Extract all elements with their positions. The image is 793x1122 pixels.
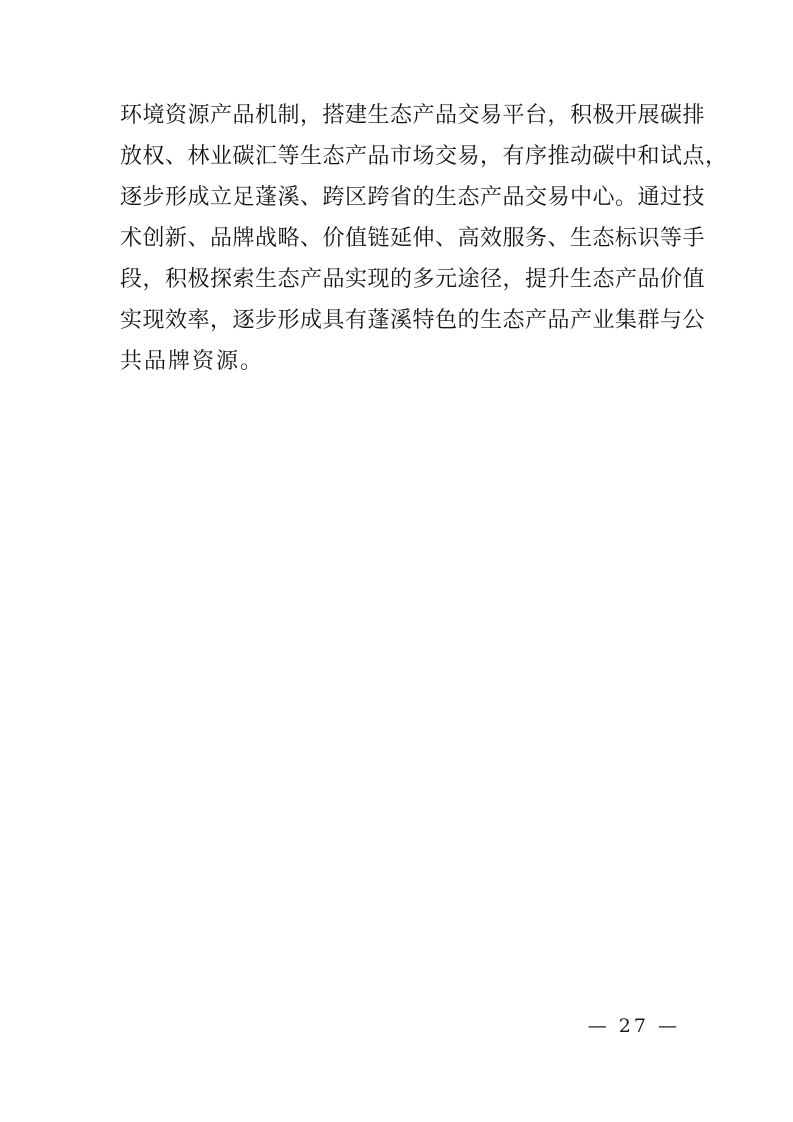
document-page: 环境资源产品机制，搭建生态产品交易平台，积极开展碳排 放权、林业碳汇等生态产品市… (0, 0, 793, 1122)
body-paragraph: 环境资源产品机制，搭建生态产品交易平台，积极开展碳排 放权、林业碳汇等生态产品市… (120, 95, 677, 382)
paragraph-line: 术创新、品牌战略、价值链延伸、高效服务、生态标识等手 (120, 218, 677, 259)
paragraph-line: 共品牌资源。 (120, 341, 677, 382)
paragraph-line: 环境资源产品机制，搭建生态产品交易平台，积极开展碳排 (120, 95, 677, 136)
paragraph-line: 逐步形成立足蓬溪、跨区跨省的生态产品交易中心。通过技 (120, 177, 677, 218)
paragraph-line: 放权、林业碳汇等生态产品市场交易，有序推动碳中和试点， (120, 136, 677, 177)
paragraph-line: 段，积极探索生态产品实现的多元途径，提升生态产品价值 (120, 259, 677, 300)
paragraph-line: 实现效率，逐步形成具有蓬溪特色的生态产品产业集群与公 (120, 300, 677, 341)
page-number: — 27 — (0, 1015, 680, 1037)
